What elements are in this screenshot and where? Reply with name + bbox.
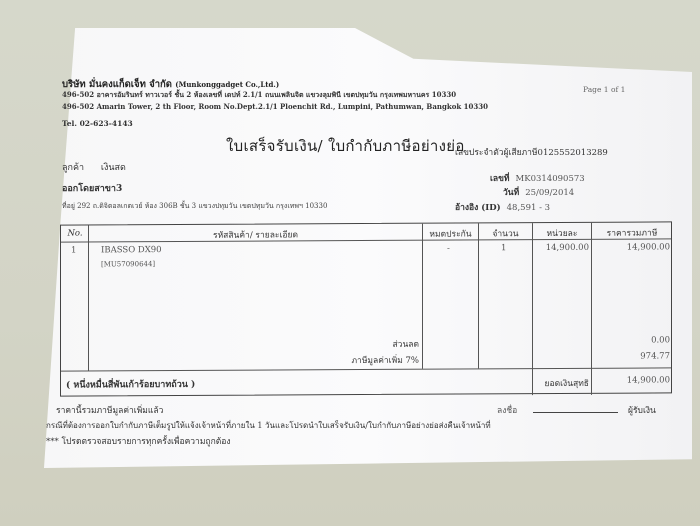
receipt-ref-label: อ้างอิง (ID) xyxy=(455,200,501,214)
receipt-ref: อ้างอิง (ID)48,591 - 3 xyxy=(455,200,550,214)
receipt-number-value: MK0314090573 xyxy=(516,174,585,184)
vat-value: 974.77 xyxy=(592,351,670,361)
row-total: 14,900.00 xyxy=(592,242,670,252)
items-table: No. รหัสสินค้า/ รายละเอียด หมดประกัน จำน… xyxy=(60,221,672,396)
receipt-date-label: วันที่ xyxy=(503,185,519,199)
customer: ลูกค้า เงินสด xyxy=(62,160,126,174)
row-unit-price: 14,900.00 xyxy=(533,243,589,253)
header-qty: จำนวน xyxy=(479,226,532,240)
header-total: ราคารวมภาษี xyxy=(592,225,672,239)
company-name-th: บริษัท มั่นคงแก็ดเจ็ท จำกัด xyxy=(62,79,172,90)
check-note: *** โปรดตรวจสอบรายการทุกครั้งเพื่อความถู… xyxy=(46,434,231,448)
row-warranty: - xyxy=(447,244,450,254)
company-address-en: 496-502 Amarin Tower, 2 th Floor, Room N… xyxy=(62,102,488,111)
receipt-number-label: เลขที่ xyxy=(490,171,510,185)
company-address-th: 496-502 อาคารอัมรินทร์ ทาวเวอร์ ชั้น 2 ห… xyxy=(62,90,456,101)
receiver-label: ผู้รับเงิน xyxy=(628,403,656,417)
row-no: 1 xyxy=(71,246,76,256)
document-title: ใบเสร็จรับเงิน/ ใบกำกับภาษีอย่างย่อ xyxy=(226,134,465,158)
row-code: [MU57090644] xyxy=(101,260,155,268)
receipt-date-value: 25/09/2014 xyxy=(525,188,574,198)
tax-id-value: 0125552013289 xyxy=(538,148,608,158)
header-warranty: หมดประกัน xyxy=(423,226,478,240)
receipt-number: เลขที่MK0314090573 xyxy=(490,171,585,185)
row-description: IBASSO DX90 xyxy=(101,245,162,255)
page-indicator: Page 1 of 1 xyxy=(583,85,625,94)
customer-value: เงินสด xyxy=(101,163,126,173)
tax-id: เลขประจำตัวผู้เสียภาษี0125552013289 xyxy=(455,145,608,159)
receipt-date: วันที่25/09/2014 xyxy=(503,185,574,199)
company-name-en: (Munkonggadget Co.,Ltd.) xyxy=(175,80,279,89)
header-description: รหัสสินค้า/ รายละเอียด xyxy=(89,227,422,243)
net-label: ยอดเงินสุทธิ xyxy=(533,376,589,390)
vat-label: ภาษีมูลค่าเพิ่ม 7% xyxy=(261,353,419,368)
discount-value: 0.00 xyxy=(592,335,670,345)
receipt-ref-value: 48,591 - 3 xyxy=(507,203,550,213)
branch-address: ที่อยู่ 292 ถ.ดิจิตอลเกตเวย์ ห้อง 306B ช… xyxy=(62,201,327,212)
header-no: No. xyxy=(63,228,87,238)
company-tel: Tel. 02-623-4143 xyxy=(62,119,133,128)
row-qty: 1 xyxy=(501,243,506,253)
customer-label: ลูกค้า xyxy=(62,163,84,173)
net-value: 14,900.00 xyxy=(592,375,670,385)
branch: ออกโดยสาขา3 xyxy=(62,181,122,195)
header-unit-price: หน่วยละ xyxy=(533,226,591,240)
full-invoice-note: กรณีที่ต้องการออกใบกำกับภาษีเต็มรูปให้แจ… xyxy=(46,419,491,432)
signature-label: ลงชื่อ xyxy=(497,403,517,417)
discount-label: ส่วนลด xyxy=(261,337,419,352)
signature-line xyxy=(533,412,618,413)
tax-id-label: เลขประจำตัวผู้เสียภาษี xyxy=(455,148,538,158)
amount-in-words: ( หนึ่งหมื่นสี่พันเก้าร้อยบาทถ้วน ) xyxy=(66,377,195,392)
vat-included-note: ราคานี้รวมภาษีมูลค่าเพิ่มแล้ว xyxy=(56,403,163,417)
